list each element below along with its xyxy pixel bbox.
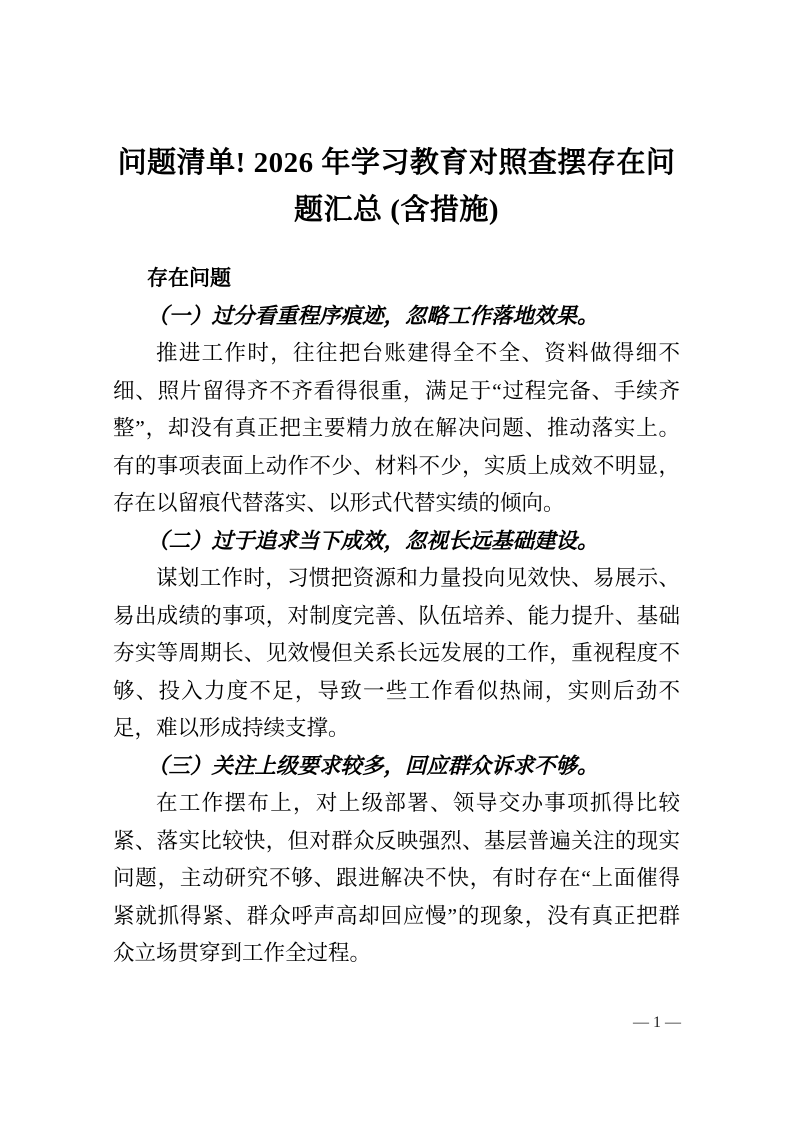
item-3-heading: （三）关注上级要求较多，回应群众诉求不够。 (113, 748, 680, 786)
document-title: 问题清单! 2026 年学习教育对照查摆存在问 题汇总 (含措施) (113, 0, 680, 234)
document-page: 问题清单! 2026 年学习教育对照查摆存在问 题汇总 (含措施) 存在问题 （… (0, 0, 793, 1122)
item-2-heading: （二）过于追求当下成效，忽视长远基础建设。 (113, 523, 680, 561)
item-1-body: 推进工作时，往往把台账建得全不全、资料做得细不细、照片留得齐不齐看得很重，满足于… (113, 335, 680, 523)
document-content: 问题清单! 2026 年学习教育对照查摆存在问 题汇总 (含措施) 存在问题 （… (113, 0, 680, 973)
document-title-line1: 问题清单! 2026 年学习教育对照查摆存在问 (113, 140, 680, 187)
page-number: — 1 — (633, 1012, 681, 1034)
document-title-line2: 题汇总 (含措施) (113, 187, 680, 234)
item-1-heading: （一）过分看重程序痕迹，忽略工作落地效果。 (113, 298, 680, 336)
item-3-body: 在工作摆布上，对上级部署、领导交办事项抓得比较紧、落实比较快，但对群众反映强烈、… (113, 785, 680, 973)
section-heading-existing-problems: 存在问题 (113, 260, 680, 298)
item-2-body: 谋划工作时，习惯把资源和力量投向见效快、易展示、易出成绩的事项，对制度完善、队伍… (113, 560, 680, 748)
